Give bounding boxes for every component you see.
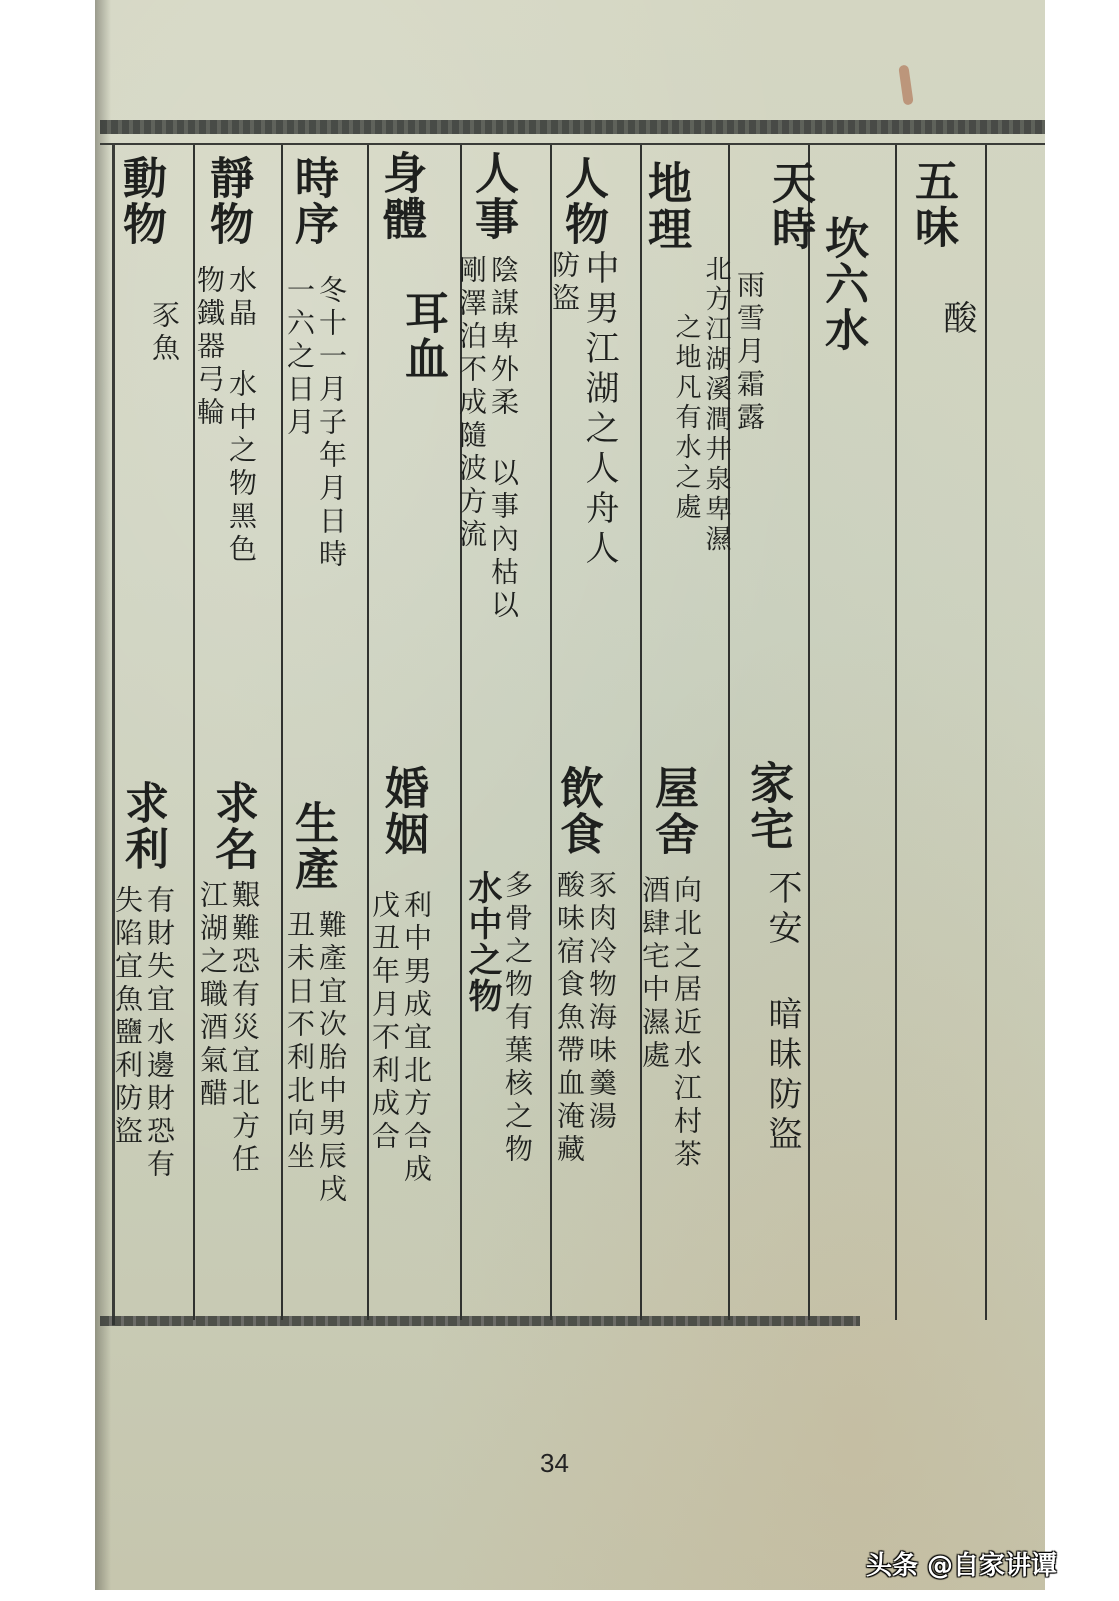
row-jiazhai: 家宅 [745,760,789,852]
row-wushe: 屋舍 [650,765,694,857]
row-qiuli-lines: 有財失宜水邊財恐有 失陷宜魚鹽利防盜 [113,885,173,1182]
row-hunyin: 婚姻 [380,765,424,857]
frame-top-rule [100,143,1045,145]
row-shixu: 時序 [290,155,334,247]
trigram-column: 坎六水 [820,215,864,353]
frame-top-border [100,120,1045,134]
row-line: 之地凡有水之處 [673,313,699,555]
row-renshi-lines: 陰謀卑外柔 以事內枯以 剛澤泊不成隨波方流 [457,255,517,623]
row-line: 陰謀卑外柔 以事內枯以 [489,255,517,623]
row-hunyin-lines: 利中男成宜北方合成 戊丑年月不利成合 [370,890,430,1187]
row-line: 冬十一月子年月日時 [317,275,345,572]
source-watermark: 头条 @自家讲谭 [866,1545,1057,1582]
row-jiazhai-lines: 不安 暗昧防盜 [765,870,799,1156]
row-qiuming-lines: 艱難恐有災宜北方任 江湖之職酒氣醋 [198,880,258,1177]
row-line: 剛澤泊不成隨波方流 [457,255,485,623]
row-line: 防盜 [550,250,578,570]
row-jingwu-lines: 水晶 水中之物黑色 物鐵器弓輪 [195,265,255,567]
row-line: 多骨之物有葉核之物 [503,870,531,1167]
row-tianshi: 天時 雨雪月霜露 [735,160,811,435]
row-qiuli: 求利 [120,780,164,872]
row-line: 丑未日不利北向坐 [285,910,313,1207]
row-dili: 地理 [643,160,687,252]
row-wushe-lines: 向北之居近水江村茶 酒肆宅中濕處 [640,875,700,1172]
section-title-column: 五味 [910,158,954,250]
row-line: 北方江湖溪澗井泉卑濕 [703,255,729,555]
row-line: 水中之物 [465,870,499,1167]
row-heading: 求名 [210,780,254,872]
section-title: 五味 [910,158,954,250]
section-flavor-column: 酸 [940,300,974,340]
row-line: 酸味宿食魚帶血淹藏 [555,870,583,1167]
row-line: 向北之居近水江村茶 [672,875,700,1172]
row-yinshi-lines: 豕肉冷物海味羹湯 酸味宿食魚帶血淹藏 [555,870,615,1167]
paper-stain [898,64,913,105]
row-renwu: 人物 [560,155,604,247]
row-renwu-lines: 中男江湖之人舟人 防盜 [550,250,616,570]
row-shixu-lines: 冬十一月子年月日時 一六之日月 [285,275,345,572]
row-heading: 婚姻 [380,765,424,857]
column-rule [985,145,987,1320]
frame-bottom-border [100,1316,860,1326]
row-heading: 地理 [643,160,687,252]
row-heading: 家宅 [745,760,789,852]
row-heading: 求利 [120,780,164,872]
row-shengchan: 生產 [290,800,334,892]
row-dili-lines: 北方江湖溪澗井泉卑濕 之地凡有水之處 [673,255,729,555]
row-heading: 飲食 [555,765,599,857]
row-dongwu-lines: 豕魚 [150,300,178,366]
row-line: 豕肉冷物海味羹湯 [587,870,615,1167]
row-heading: 身體 [378,150,422,242]
row-line: 豕魚 [150,300,178,366]
row-line: 有財失宜水邊財恐有 [145,885,173,1182]
section-flavor: 酸 [940,300,974,340]
page-number: 34 [540,1448,569,1479]
row-line: 物鐵器弓輪 [195,265,223,567]
row-heading: 人物 [560,155,604,247]
row-yinshi: 飲食 [555,765,599,857]
row-line: 不安 暗昧防盜 [765,870,799,1156]
column-rule [895,145,897,1320]
row-shenti: 身體 [378,150,422,242]
row-line: 水晶 水中之物黑色 [227,265,255,567]
row-shenti-lines: 耳血 [400,290,444,382]
row-heading: 靜物 [205,155,249,247]
row-line: 失陷宜魚鹽利防盜 [113,885,141,1182]
row-heading: 屋舍 [650,765,694,857]
row-line: 耳血 [400,290,444,382]
row-line: 戊丑年月不利成合 [370,890,398,1187]
row-line: 酒肆宅中濕處 [640,875,668,1172]
row-heading: 人事 [470,150,514,242]
row-heading: 生產 [290,800,334,892]
row-jingwu: 靜物 [205,155,249,247]
row-renshi: 人事 [470,150,514,242]
page-binding-shadow [95,0,111,1590]
row-line: 一六之日月 [285,275,313,572]
row-heading: 天時 [767,160,811,435]
row-line: 艱難恐有災宜北方任 [230,880,258,1177]
row-dongwu: 動物 [118,155,162,247]
row-line: 中男江湖之人舟人 [582,250,616,570]
trigram-name: 坎六水 [820,215,864,353]
row-heading: 動物 [118,155,162,247]
row-line: 江湖之職酒氣醋 [198,880,226,1177]
scanned-book-page: 五味 酸 坎六水 天時 雨雪月霜露 地理 北方江湖溪澗井泉卑濕 之地凡有水之處 … [95,0,1045,1590]
row-line: 雨雪月霜露 [735,270,763,435]
row-line: 利中男成宜北方合成 [402,890,430,1187]
row-shengchan-lines: 難產宜次胎中男辰戌 丑未日不利北向坐 [285,910,345,1207]
row-line: 難產宜次胎中男辰戌 [317,910,345,1207]
row-heading: 時序 [290,155,334,247]
row-qiuming: 求名 [210,780,254,872]
row-yinshi-continued: 多骨之物有葉核之物 水中之物 [465,870,531,1167]
